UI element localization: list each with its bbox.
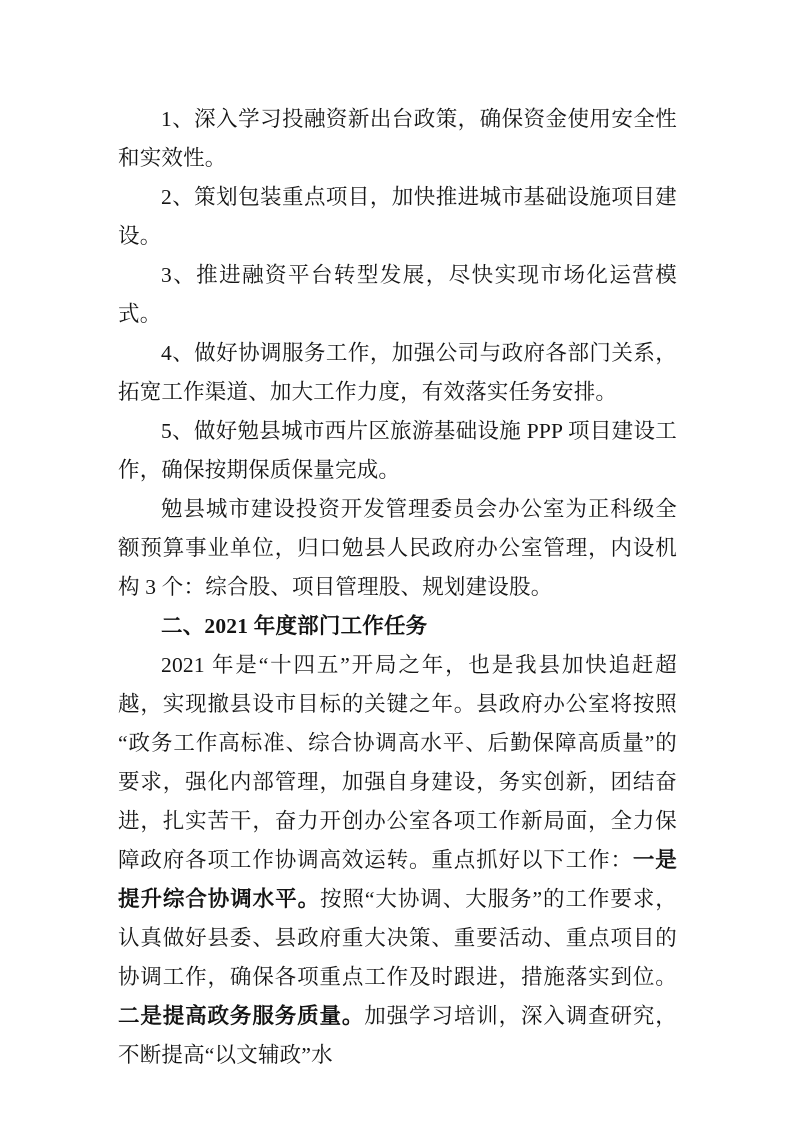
bold-text-run: 二、2021 年度部门工作任务 <box>161 614 427 638</box>
document-body: 1、深入学习投融资新出台政策，确保资金使用安全性和实效性。2、策划包装重点项目，… <box>118 100 677 1075</box>
text-run: 2021 年是“十四五”开局之年，也是我县加快追赶超越，实现撤县设市目标的关键之… <box>118 653 677 872</box>
numbered-item-5: 5、做好勉县城市西片区旅游基础设施 PPP 项目建设工作，确保按期保质保量完成。 <box>118 412 677 490</box>
bold-text-run: 二是提高政务服务质量。 <box>118 1004 364 1028</box>
text-run: 5、做好勉县城市西片区旅游基础设施 PPP 项目建设工作，确保按期保质保量完成。 <box>118 419 677 482</box>
document-page: 1、深入学习投融资新出台政策，确保资金使用安全性和实效性。2、策划包装重点项目，… <box>0 0 793 1122</box>
numbered-item-1: 1、深入学习投融资新出台政策，确保资金使用安全性和实效性。 <box>118 100 677 178</box>
numbered-item-3: 3、推进融资平台转型发展，尽快实现市场化运营模式。 <box>118 256 677 334</box>
text-run: 3、推进融资平台转型发展，尽快实现市场化运营模式。 <box>118 263 677 326</box>
text-run: 2、策划包装重点项目，加快推进城市基础设施项目建设。 <box>118 185 677 248</box>
tasks-body-paragraph: 2021 年是“十四五”开局之年，也是我县加快追赶超越，实现撤县设市目标的关键之… <box>118 646 677 1075</box>
text-run: 4、做好协调服务工作，加强公司与政府各部门关系，拓宽工作渠道、加大工作力度，有效… <box>118 341 677 404</box>
numbered-item-2: 2、策划包装重点项目，加快推进城市基础设施项目建设。 <box>118 178 677 256</box>
org-description-paragraph: 勉县城市建设投资开发管理委员会办公室为正科级全额预算事业单位，归口勉县人民政府办… <box>118 490 677 607</box>
section-heading-2021-tasks: 二、2021 年度部门工作任务 <box>118 607 677 646</box>
text-run: 1、深入学习投融资新出台政策，确保资金使用安全性和实效性。 <box>118 107 677 170</box>
numbered-item-4: 4、做好协调服务工作，加强公司与政府各部门关系，拓宽工作渠道、加大工作力度，有效… <box>118 334 677 412</box>
text-run: 勉县城市建设投资开发管理委员会办公室为正科级全额预算事业单位，归口勉县人民政府办… <box>118 497 677 599</box>
